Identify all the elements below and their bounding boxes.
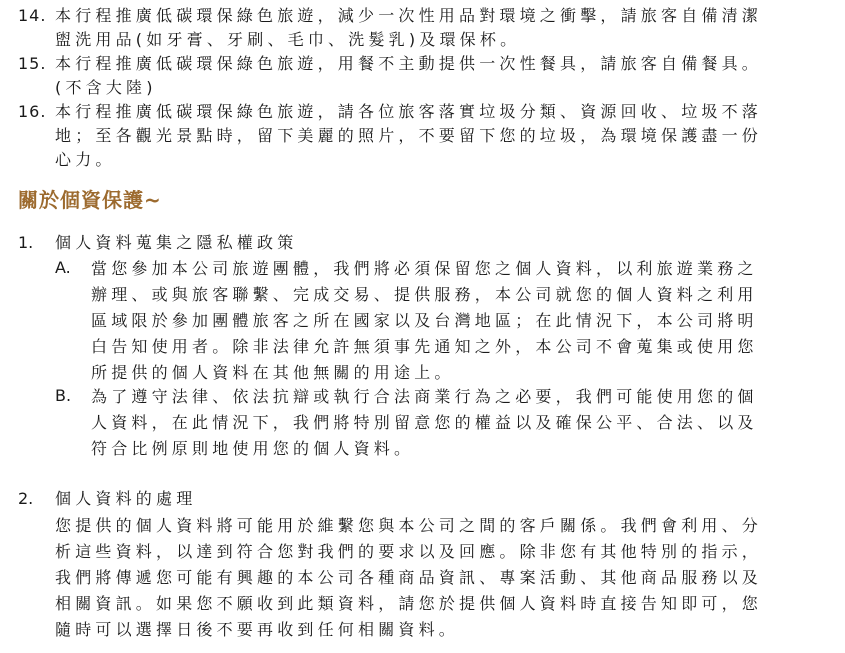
list-text-line: 盥洗用品(如牙膏、牙刷、毛巾、洗髮乳)及環保杯。 [18, 28, 818, 52]
list-item-15: 15. 本行程推廣低碳環保綠色旅遊，用餐不主動提供一次性餐具，請旅客自備餐具。 … [18, 52, 818, 100]
paragraph-line: 您提供的個人資料將可能用於維繫您與本公司之間的客戶關係。我們會利用、分 [55, 513, 762, 539]
subsection-text-line: 區域限於參加團體旅客之所在國家以及台灣地區；在此情況下，本公司將明 [55, 308, 835, 334]
subsection-text-line: 辦理、或與旅客聯繫、完成交易、提供服務，本公司就您的個人資料之利用 [55, 282, 835, 308]
section-title: 個人資料的處理 [55, 487, 196, 511]
list-text-line: 本行程推廣低碳環保綠色旅遊，減少一次性用品對環境之衝擊，請旅客自備清潔 [18, 4, 818, 28]
section-2-paragraph: 您提供的個人資料將可能用於維繫您與本公司之間的客戶關係。我們會利用、分 析這些資… [55, 513, 762, 643]
list-item-14: 14. 本行程推廣低碳環保綠色旅遊，減少一次性用品對環境之衝擊，請旅客自備清潔 … [18, 4, 818, 52]
section-number: 1. [18, 231, 33, 255]
paragraph-line: 析這些資料，以達到符合您對我們的要求以及回應。除非您有其他特別的指示， [55, 539, 762, 565]
list-text-line: 本行程推廣低碳環保綠色旅遊，請各位旅客落實垃圾分類、資源回收、垃圾不落 [18, 100, 818, 124]
subsection-letter: B. [55, 384, 71, 408]
paragraph-line: 隨時可以選擇日後不要再收到任何相關資料。 [55, 617, 762, 643]
subsection-a: A. 當您參加本公司旅遊團體，我們將必須保留您之個人資料，以利旅遊業務之 辦理、… [55, 256, 835, 386]
subsection-text-line: 符合比例原則地使用您的個人資料。 [55, 436, 835, 462]
list-number: 16. [18, 100, 46, 124]
subsection-letter: A. [55, 256, 71, 280]
list-text-line: 心力。 [18, 148, 818, 172]
subsection-text-line: 白告知使用者。除非法律允許無須事先通知之外，本公司不會蒐集或使用您 [55, 334, 835, 360]
paragraph-line: 我們將傳遞您可能有興趣的本公司各種商品資訊、專案活動、其他商品服務以及 [55, 565, 762, 591]
list-number: 15. [18, 52, 46, 76]
paragraph-line: 相關資訊。如果您不願收到此類資料，請您於提供個人資料時直接告知即可，您 [55, 591, 762, 617]
list-text-line: (不含大陸) [18, 76, 818, 100]
list-text-line: 本行程推廣低碳環保綠色旅遊，用餐不主動提供一次性餐具，請旅客自備餐具。 [18, 52, 818, 76]
list-number: 14. [18, 4, 46, 28]
list-text-line: 地；至各觀光景點時，留下美麗的照片，不要留下您的垃圾，為環境保護盡一份 [18, 124, 818, 148]
privacy-heading: 關於個資保護~ [18, 186, 162, 214]
subsection-text-line: 人資料，在此情況下，我們將特別留意您的權益以及確保公平、合法、以及 [55, 410, 835, 436]
subsection-text-line: 當您參加本公司旅遊團體，我們將必須保留您之個人資料，以利旅遊業務之 [55, 256, 835, 282]
list-item-16: 16. 本行程推廣低碳環保綠色旅遊，請各位旅客落實垃圾分類、資源回收、垃圾不落 … [18, 100, 818, 172]
section-title: 個人資料蒐集之隱私權政策 [55, 231, 297, 255]
section-number: 2. [18, 487, 33, 511]
subsection-text-line: 為了遵守法律、依法抗辯或執行合法商業行為之必要，我們可能使用您的個 [55, 384, 835, 410]
subsection-text-line: 所提供的個人資料在其他無關的用途上。 [55, 360, 835, 386]
subsection-b: B. 為了遵守法律、依法抗辯或執行合法商業行為之必要，我們可能使用您的個 人資料… [55, 384, 835, 462]
